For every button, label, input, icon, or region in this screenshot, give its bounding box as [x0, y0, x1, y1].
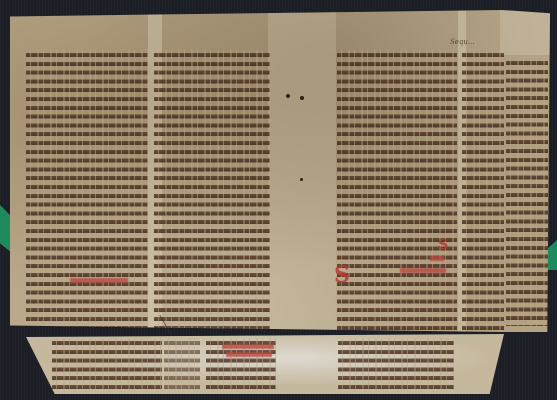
fragment-text-column-2: [164, 338, 200, 390]
lower-parchment-fragment: [26, 334, 504, 394]
text-column-2: [154, 50, 270, 330]
stitch-hole: [286, 94, 290, 98]
fragment-text-column-1: [52, 338, 162, 390]
text-column-1: [26, 50, 148, 330]
parchment-leaf: Sequ... S S: [10, 10, 550, 332]
text-column-5: [506, 58, 548, 326]
text-column-4: [462, 50, 504, 330]
center-fold: [268, 10, 336, 332]
red-rubric: [430, 256, 444, 261]
text-column-3: [337, 50, 457, 330]
red-rubric: [222, 344, 274, 349]
stitch-hole: [300, 96, 304, 100]
red-initial-letter: S: [334, 264, 350, 286]
red-rubric: [70, 278, 128, 283]
green-mount-tab-right: [547, 240, 557, 270]
red-initial-letter-small: S: [438, 238, 448, 252]
red-rubric: [226, 352, 272, 357]
pale-edge: [500, 10, 550, 55]
stitch-hole: [300, 178, 303, 181]
red-rubric: [400, 268, 446, 273]
fragment-text-column-4: [338, 338, 454, 390]
running-head: Sequ...: [450, 38, 475, 46]
